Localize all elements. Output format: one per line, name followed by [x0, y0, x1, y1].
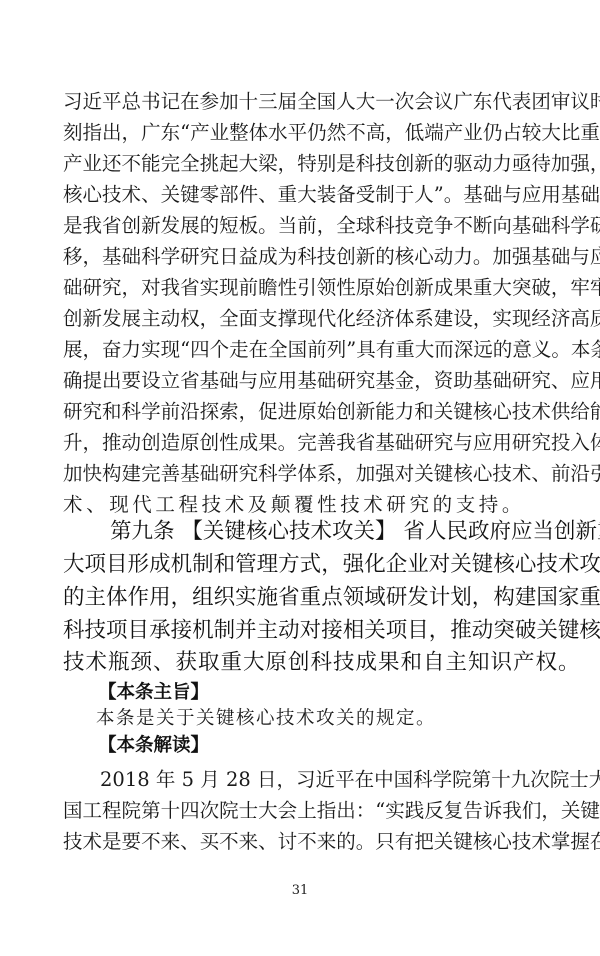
text-line: 核心技术、关键零部件、重大装备受制于人”。基础与应用基础研究: [63, 183, 534, 207]
article-text-line: 科技项目承接机制并主动对接相关项目，推动突破关键核心: [63, 618, 534, 644]
page-number: 31: [0, 883, 600, 898]
article-text-line: 大项目形成机制和管理方式，强化企业对关键核心技术攻关: [63, 552, 534, 578]
text-line: 确提出要设立省基础与应用基础研究基金，资助基础研究、应用基础: [63, 369, 534, 393]
article-title-line: 第九条 【关键核心技术攻关】 省人民政府应当创新重: [110, 519, 534, 545]
text-line: 是我省创新发展的短板。当前，全球科技竞争不断向基础科学研究前: [63, 214, 534, 238]
text-line: 升，推动创造原创性成果。完善我省基础研究与应用研究投入体系，: [63, 431, 534, 455]
text-line: 加快构建完善基础研究科学体系，加强对关键核心技术、前沿引领技: [63, 462, 534, 486]
purpose-heading: 【本条主旨】: [98, 682, 209, 704]
text-line: 产业还不能完全挑起大梁，特别是科技创新的驱动力亟待加强，一些: [63, 152, 534, 176]
text-line: 技术是要不来、买不来、讨不来的。只有把关键核心技术掌握在自己: [63, 830, 534, 854]
document-page: 习近平总书记在参加十三届全国人大一次会议广东代表团审议时深 刻指出，广东“产业整…: [0, 0, 600, 956]
text-line: 础研究，对我省实现前瞻性引领性原始创新成果重大突破，牢牢掌握: [63, 276, 534, 300]
text-line: 术、现代工程技术及颠覆性技术研究的支持。: [63, 493, 534, 517]
text-line: 研究和科学前沿探索，促进原始创新能力和关键核心技术供给能力提: [63, 400, 534, 424]
text-line: 习近平总书记在参加十三届全国人大一次会议广东代表团审议时深: [63, 90, 534, 114]
text-line: 2018 年 5 月 28 日，习近平在中国科学院第十九次院士大会、中: [100, 768, 534, 792]
text-line: 刻指出，广东“产业整体水平仍然不高，低端产业仍占较大比重，新: [63, 121, 534, 145]
article-text-line: 技术瓶颈、获取重大原创科技成果和自主知识产权。: [63, 650, 534, 676]
text-line: 移，基础科学研究日益成为科技创新的核心动力。加强基础与应用基: [63, 245, 534, 269]
text-line: 创新发展主动权，全面支撑现代化经济体系建设，实现经济高质量发: [63, 307, 534, 331]
purpose-text: 本条是关于关键核心技术攻关的规定。: [96, 708, 436, 730]
text-line: 展，奋力实现“四个走在全国前列”具有重大而深远的意义。本条明: [63, 338, 534, 362]
article-text-line: 的主体作用，组织实施省重点领域研发计划，构建国家重大: [63, 585, 534, 611]
text-line: 国工程院第十四次院士大会上指出：“实践反复告诉我们，关键核心: [63, 799, 534, 823]
interpretation-heading: 【本条解读】: [98, 735, 209, 757]
